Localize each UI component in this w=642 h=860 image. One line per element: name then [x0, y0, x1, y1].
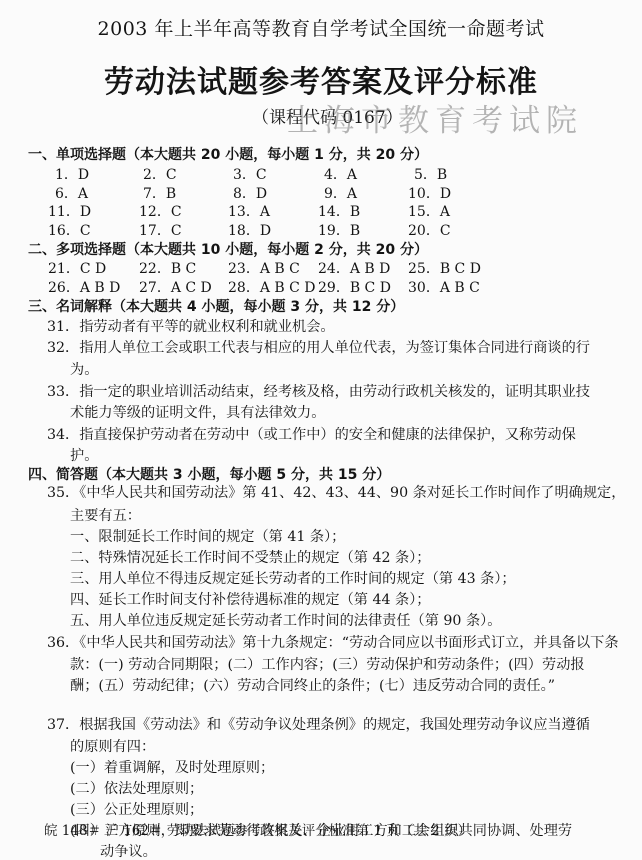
answer-item: 28．A B C D [228, 277, 316, 297]
answer-item: 22．B C [139, 258, 196, 278]
answer-line: 31．指劳动者有平等的就业权利和就业机会。 [47, 316, 335, 336]
watermark: 上海市教育考试院 [287, 95, 583, 140]
answer-item: 20．C [408, 220, 451, 240]
answer-line: 一、限制延长工作时间的规定（第 41 条）； [70, 526, 345, 546]
answer-item: 2．C [143, 164, 177, 184]
answer-item: 24．A B D [318, 258, 390, 278]
answer-item: 11．D [48, 201, 91, 221]
answer-item: 10．D [408, 183, 451, 203]
answer-item: 29．B C D [318, 277, 391, 297]
answer-line: (三）公正处理原则； [70, 799, 203, 819]
answer-item: 1．D [55, 164, 89, 184]
answer-item: 13．A [228, 201, 270, 221]
answer-line: 34．指直接保护劳动者在劳动中（或工作中）的安全和健康的法律保护，又称劳动保 [47, 424, 576, 444]
answer-line: 为。 [70, 359, 98, 379]
section-heading-short-answer: 四、简答题（本大题共 3 小题，每小题 5 分，共 15 分） [28, 464, 390, 484]
answer-item: 5．B [414, 164, 447, 184]
answer-line: 术能力等级的证明文件，具有法律效力。 [70, 402, 325, 422]
answer-item: 18．D [228, 220, 271, 240]
answer-line: 33．指一定的职业培训活动结束，经考核及格，由劳动行政机关核发的，证明其职业技 [47, 381, 590, 401]
section-heading-single-choice: 一、单项选择题（本大题共 20 小题，每小题 1 分，共 20 分） [28, 144, 428, 164]
document-page: 2003 年上半年高等教育自学考试全国统一命题考试 劳动法试题参考答案及评分标准… [0, 0, 642, 860]
answer-item: 12．C [139, 201, 182, 221]
answer-line: 动争议。 [100, 841, 157, 860]
answer-item: 6．A [55, 183, 88, 203]
answer-line: 主要有五： [70, 505, 141, 525]
section-heading-term-explanation: 三、名词解释（本大题共 4 小题，每小题 3 分，共 12 分） [28, 296, 404, 316]
answer-item: 27．A C D [139, 277, 212, 297]
answer-line: 的原则有四： [70, 736, 155, 756]
answer-line: 酬；(五）劳动纪律；(六）劳动合同终止的条件；(七）违反劳动合同的责任。” [70, 675, 555, 695]
answer-item: 21．C D [48, 258, 106, 278]
answer-line: 32．指用人单位工会或职工代表与相应的用人单位代表，为签订集体合同进行商谈的行 [47, 337, 590, 357]
answer-item: 30．A B C [408, 277, 480, 297]
answer-line: 二、特殊情况延长工作时间不受禁止的规定（第 42 条）； [70, 547, 430, 567]
answer-line: 35．《中华人民共和国劳动法》第 41、42、43、44、90 条对延长工作时间… [47, 482, 625, 502]
answer-item: 16．C [48, 220, 91, 240]
answer-item: 4．A [324, 164, 357, 184]
answer-item: 9．A [324, 183, 357, 203]
answer-item: 26．A B D [48, 277, 120, 297]
answer-line: 36．《中华人民共和国劳动法》第十九条规定：“劳动合同应以书面形式订立，并具备以… [47, 632, 619, 652]
answer-line: 护。 [70, 445, 98, 465]
answer-line: (一）着重调解，及时处理原则； [70, 757, 274, 777]
page-footer: 皖 148＃ 沪 162＃ 劳动法试题参考答案及评分标准第 1 页（共 2 页） [44, 819, 471, 839]
exam-title: 2003 年上半年高等教育自学考试全国统一命题考试 [0, 14, 642, 41]
answer-item: 19．B [318, 220, 360, 240]
answer-line: 五、用人单位违反规定延长劳动者工作时间的法律责任（第 90 条）。 [70, 610, 501, 630]
section-heading-multiple-choice: 二、多项选择题（本大题共 10 小题，每小题 2 分，共 20 分） [28, 239, 428, 259]
answer-item: 23．A B C [228, 258, 300, 278]
answer-item: 3．C [233, 164, 267, 184]
answer-line: 款：(一) 劳动合同期限；(二）工作内容；(三）劳动保护和劳动条件；(四）劳动报 [70, 654, 585, 674]
answer-item: 15．A [408, 201, 450, 221]
answer-item: 14．B [318, 201, 360, 221]
answer-item: 25．B C D [408, 258, 481, 278]
answer-line: 37．根据我国《劳动法》和《劳动争议处理条例》的规定，我国处理劳动争议应当遵循 [47, 714, 590, 734]
answer-item: 17．C [139, 220, 182, 240]
answer-line: (二）依法处理原则； [70, 778, 203, 798]
answer-item: 8．D [233, 183, 267, 203]
answer-line: 三、用人单位不得违反规定延长劳动者的工作时间的规定（第 43 条）； [70, 568, 516, 588]
answer-item: 7．B [143, 183, 176, 203]
answer-line: 四、延长工作时间支付补偿待遇标准的规定（第 44 条）； [70, 589, 430, 609]
